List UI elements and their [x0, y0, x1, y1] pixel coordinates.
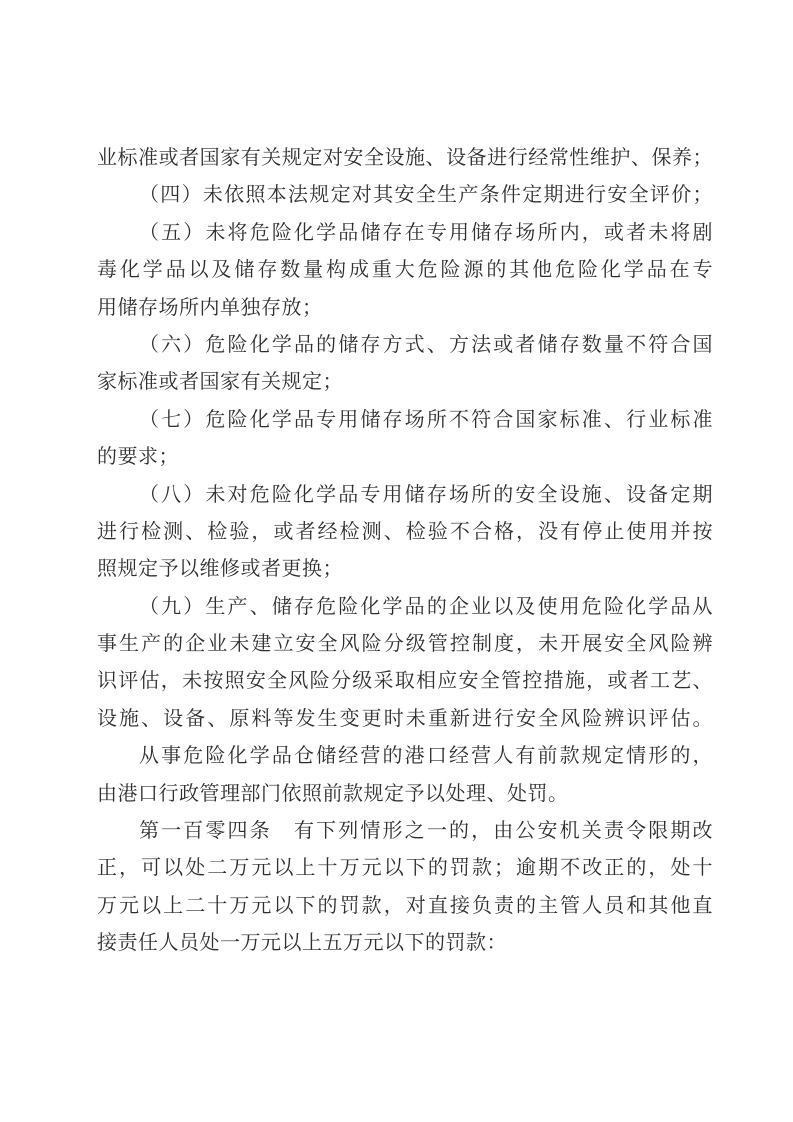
text-line: 事生产的企业未建立安全风险分级管控制度，未开展安全风险辨 — [97, 626, 713, 663]
document-text-block: 业标准或者国家有关规定对安全设施、设备进行经常性维护、保养；（四）未依照本法规定… — [97, 140, 713, 963]
text-line: （九）生产、储存危险化学品的企业以及使用危险化学品从 — [97, 589, 713, 626]
text-line: 照规定予以维修或者更换； — [97, 551, 713, 588]
text-line: 业标准或者国家有关规定对安全设施、设备进行经常性维护、保养； — [97, 140, 713, 177]
text-line: （五）未将危险化学品储存在专用储存场所内，或者未将剧 — [97, 215, 713, 252]
text-line: （四）未依照本法规定对其安全生产条件定期进行安全评价； — [97, 177, 713, 214]
text-line: （六）危险化学品的储存方式、方法或者储存数量不符合国 — [97, 327, 713, 364]
text-line: 从事危险化学品仓储经营的港口经营人有前款规定情形的， — [97, 738, 713, 775]
document-page: 业标准或者国家有关规定对安全设施、设备进行经常性维护、保养；（四）未依照本法规定… — [0, 0, 793, 1122]
text-line: 用储存场所内单独存放； — [97, 290, 713, 327]
text-line: 第一百零四条 有下列情形之一的，由公安机关责令限期改 — [97, 813, 713, 850]
text-line: 的要求； — [97, 439, 713, 476]
text-line: 由港口行政管理部门依照前款规定予以处理、处罚。 — [97, 776, 713, 813]
text-line: 万元以上二十万元以下的罚款，对直接负责的主管人员和其他直 — [97, 888, 713, 925]
text-line: 设施、设备、原料等发生变更时未重新进行安全风险辨识评估。 — [97, 701, 713, 738]
text-line: 家标准或者国家有关规定； — [97, 364, 713, 401]
text-line: （七）危险化学品专用储存场所不符合国家标准、行业标准 — [97, 402, 713, 439]
text-line: 接责任人员处一万元以上五万元以下的罚款： — [97, 925, 713, 962]
text-line: 毒化学品以及储存数量构成重大危险源的其他危险化学品在专 — [97, 252, 713, 289]
text-line: 进行检测、检验，或者经检测、检验不合格，没有停止使用并按 — [97, 514, 713, 551]
text-line: （八）未对危险化学品专用储存场所的安全设施、设备定期 — [97, 477, 713, 514]
text-line: 识评估，未按照安全风险分级采取相应安全管控措施，或者工艺、 — [97, 663, 713, 700]
text-line: 正，可以处二万元以上十万元以下的罚款；逾期不改正的，处十 — [97, 850, 713, 887]
